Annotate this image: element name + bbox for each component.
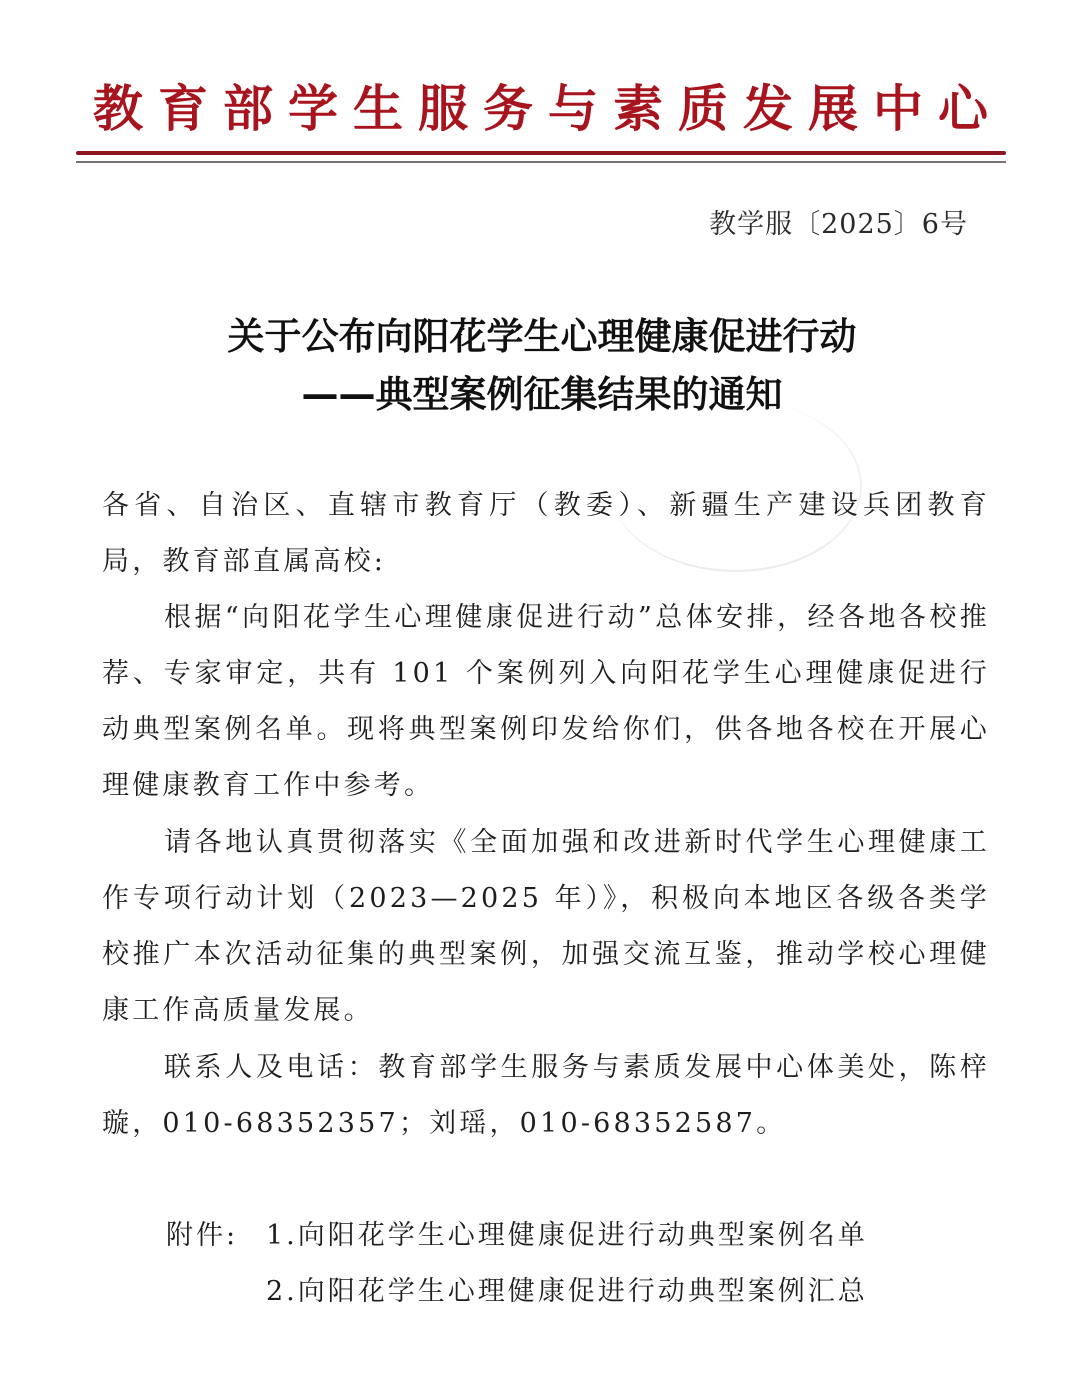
letterhead-organization: 教育部学生服务与素质发展中心 (0, 78, 1084, 140)
document-title-line-2: ——典型案例征集结果的通知 (0, 364, 1084, 418)
addressee: 各省、自治区、直辖市教育厅（教委）、新疆生产建设兵团教育局，教育部直属高校: (102, 478, 990, 590)
letterhead-red-rule (76, 151, 1006, 155)
attachment-item-1: 1.向阳花学生心理健康促进行动典型案例名单 (266, 1208, 868, 1264)
attachment-row: 附件: 1.向阳花学生心理健康促进行动典型案例名单 (166, 1208, 868, 1264)
attachments-label-spacer (166, 1264, 266, 1320)
attachments-section: 附件: 1.向阳花学生心理健康促进行动典型案例名单 2.向阳花学生心理健康促进行… (166, 1208, 868, 1320)
document-title-line-1: 关于公布向阳花学生心理健康促进行动 (0, 306, 1084, 360)
body-paragraph-2: 请各地认真贯彻落实《全面加强和改进新时代学生心理健康工作专项行动计划（2023—… (102, 815, 990, 1039)
document-number: 教学服〔2025〕6号 (709, 202, 968, 241)
attachment-item-2: 2.向阳花学生心理健康促进行动典型案例汇总 (266, 1264, 868, 1320)
attachment-row: 2.向阳花学生心理健康促进行动典型案例汇总 (166, 1264, 868, 1320)
body-paragraph-1: 根据“向阳花学生心理健康促进行动”总体安排，经各地各校推荐、专家审定，共有 10… (102, 590, 990, 814)
attachments-label: 附件: (166, 1208, 266, 1264)
letterhead-thin-rule (76, 161, 1006, 163)
contact-paragraph: 联系人及电话：教育部学生服务与素质发展中心体美处，陈梓璇，010-6835235… (102, 1040, 990, 1152)
